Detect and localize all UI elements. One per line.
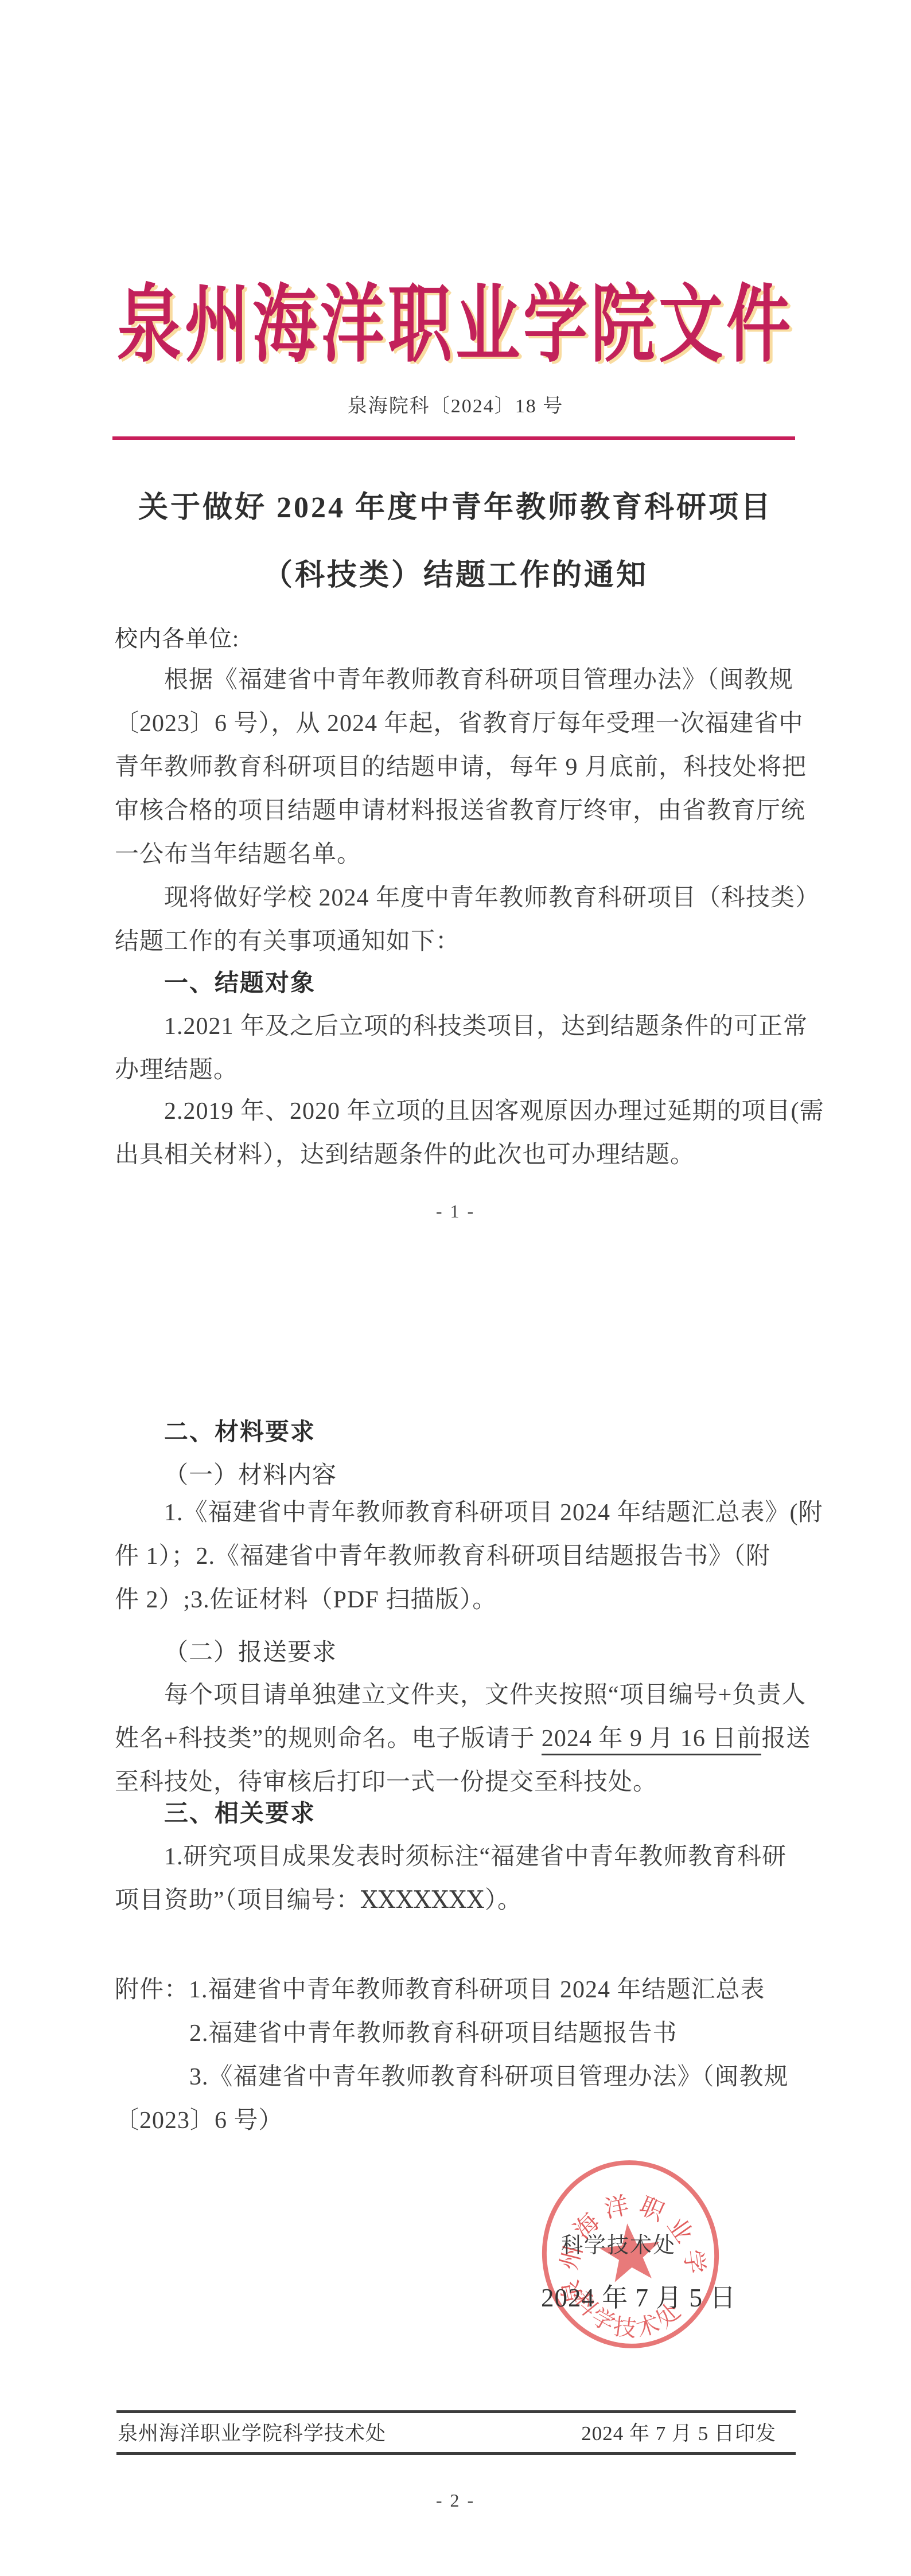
text-line: 〔2023〕6 号），从 2024 年起，省教育厅每年受理一次福建省中 [115, 702, 826, 746]
footer-print-date: 2024 年 7 月 5 日印发 [581, 2418, 776, 2446]
document-page: 泉州海洋职业学院文件 泉海院科〔2024〕18 号 关于做好 2024 年度中青… [0, 0, 911, 2576]
subject-line-2: （科技类）结题工作的通知 [0, 551, 911, 594]
text-segment: 报送 [761, 1726, 811, 1752]
paragraph-basis: 根据《福建省中青年教师教育科研项目管理办法》（闽教规 〔2023〕6 号），从 … [115, 658, 826, 876]
attachment-line: 2.福建省中青年教师教育科研项目结题报告书 [115, 2012, 826, 2055]
text-line: 件 1）；2.《福建省中青年教师教育科研项目结题报告书》（附 [115, 1535, 826, 1578]
text-line: 一公布当年结题名单。 [115, 833, 826, 876]
text-line: 项目资助”（项目编号：ⅩⅩⅩⅩⅩⅩⅩ）。 [115, 1879, 826, 1922]
section-heading-1: 一、结题对象 [115, 961, 826, 1005]
paragraph-item-1: 1.2021 年及之后立项的科技类项目，达到结题条件的可正常 办理结题。 [115, 1005, 826, 1092]
paragraph-requirement: 1.研究项目成果发表时须标注“福建省中青年教师教育科研 项目资助”（项目编号：Ⅹ… [115, 1835, 826, 1922]
text-line: 件 2）;3.佐证材料（PDF 扫描版）。 [115, 1578, 826, 1622]
section-heading-3: 三、相关要求 [115, 1792, 826, 1835]
text-line: 根据《福建省中青年教师教育科研项目管理办法》（闽教规 [115, 658, 826, 702]
text-line: 1.2021 年及之后立项的科技类项目，达到结题条件的可正常 [115, 1005, 826, 1048]
attachment-line: 附件：1.福建省中青年教师教育科研项目 2024 年结题汇总表 [115, 1968, 826, 2012]
paragraph-submission: 每个项目请单独建立文件夹，文件夹按照“项目编号+负责人 姓名+科技类”的规则命名… [115, 1673, 826, 1804]
text-line: 现将做好学校 2024 年度中青年教师教育科研项目（科技类） [115, 876, 826, 920]
red-divider-line [112, 436, 795, 440]
attachment-line: 〔2023〕6 号） [115, 2099, 826, 2142]
paragraph-item-2: 2.2019 年、2020 年立项的且因客观原因办理过延期的项目(需 出具相关材… [115, 1090, 826, 1177]
paragraph-announcement: 现将做好学校 2024 年度中青年教师教育科研项目（科技类） 结题工作的有关事项… [115, 876, 826, 963]
masthead-title: 泉州海洋职业学院文件 [0, 257, 911, 379]
subject-line-1: 关于做好 2024 年度中青年教师教育科研项目 [0, 483, 911, 526]
signature-date: 2024 年 7 月 5 日 [541, 2277, 736, 2314]
attachment-list: 附件：1.福建省中青年教师教育科研项目 2024 年结题汇总表 2.福建省中青年… [115, 1968, 826, 2142]
text-line: 青年教师教育科研项目的结题申请，每年 9 月底前，科技处将把 [115, 746, 826, 789]
footer-bottom-rule [116, 2452, 796, 2455]
attachment-line: 3.《福建省中青年教师教育科研项目管理办法》（闽教规 [115, 2055, 826, 2099]
section-heading-2: 二、材料要求 [115, 1410, 826, 1454]
sub-heading-2-2: （二）报送要求 [115, 1631, 826, 1675]
text-line: 出具相关材料），达到结题条件的此次也可办理结题。 [115, 1133, 826, 1177]
page-1-number: - 1 - [0, 1201, 911, 1222]
page-2-number: - 2 - [0, 2490, 911, 2511]
text-line: 姓名+科技类”的规则命名。电子版请于 2024 年 9 月 16 日前报送 [115, 1717, 826, 1761]
salutation: 校内各单位: [115, 620, 239, 653]
text-line: 每个项目请单独建立文件夹，文件夹按照“项目编号+负责人 [115, 1673, 826, 1717]
text-line: 审核合格的项目结题申请材料报送省教育厅终审，由省教育厅统 [115, 789, 826, 833]
footer-top-rule [116, 2410, 796, 2413]
text-line: 办理结题。 [115, 1048, 826, 1092]
deadline-underline: 2024 年 9 月 16 日前 [542, 1726, 762, 1755]
text-line: 2.2019 年、2020 年立项的且因客观原因办理过延期的项目(需 [115, 1090, 826, 1133]
text-segment: 姓名+科技类”的规则命名。电子版请于 [115, 1726, 542, 1752]
text-line: 结题工作的有关事项通知如下： [115, 920, 826, 963]
seal-department-text: 科学技术处 [561, 2227, 676, 2259]
footer-issuer: 泉州海洋职业学院科学技术处 [118, 2418, 386, 2446]
text-line: 1.《福建省中青年教师教育科研项目 2024 年结题汇总表》(附 [115, 1491, 826, 1535]
doc-number: 泉海院科〔2024〕18 号 [0, 390, 911, 418]
paragraph-materials: 1.《福建省中青年教师教育科研项目 2024 年结题汇总表》(附 件 1）；2.… [115, 1491, 826, 1622]
text-line: 1.研究项目成果发表时须标注“福建省中青年教师教育科研 [115, 1835, 826, 1879]
